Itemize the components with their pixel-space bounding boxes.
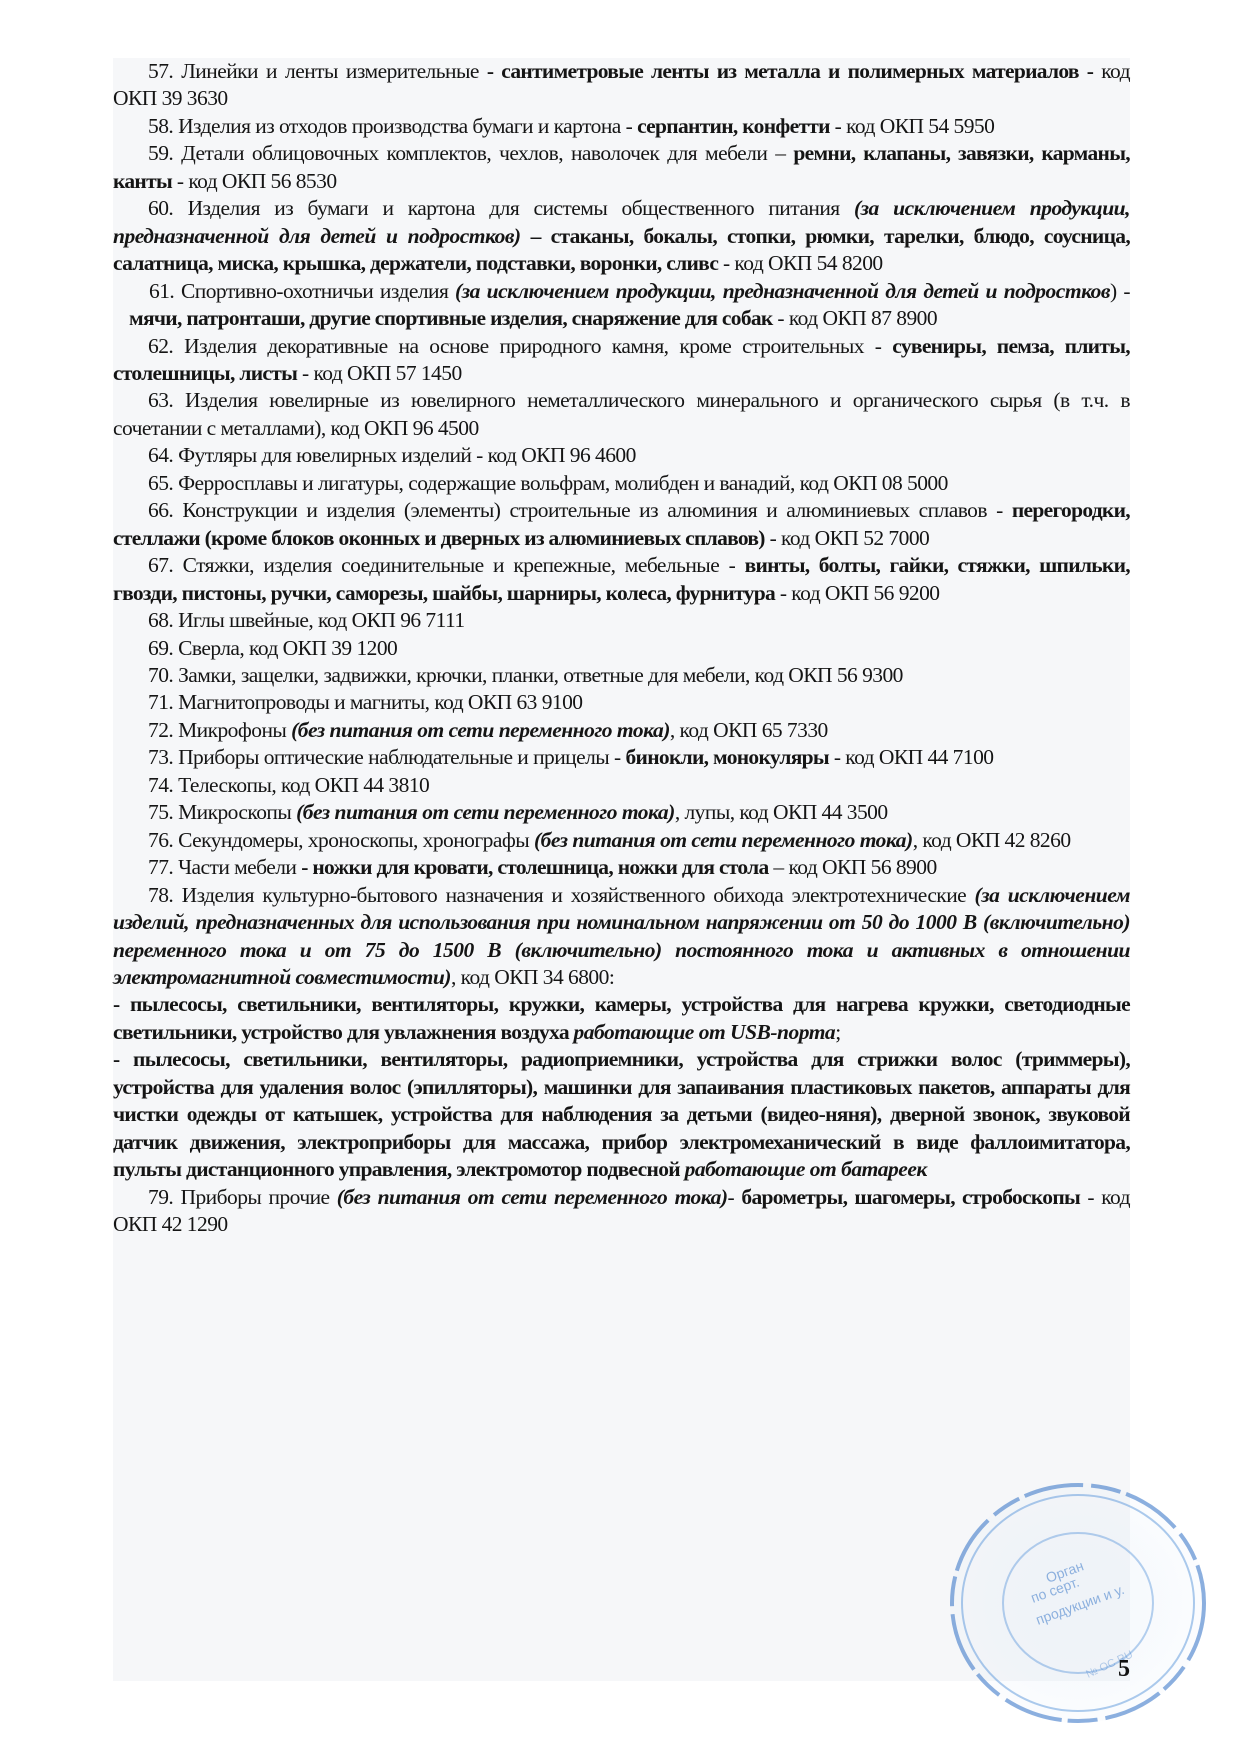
item-number: 62.: [148, 334, 184, 358]
text-run: Изделия из бумаги и картона для системы …: [188, 196, 854, 220]
item-number: 75.: [148, 800, 178, 824]
bold-text: - пылесосы, светильники, вентиляторы, ра…: [113, 1047, 1130, 1181]
text-run: Магнитопроводы и магниты, код ОКП 63 910…: [178, 690, 582, 714]
bold-text: барометры, шагомеры, стробоскопы: [741, 1185, 1080, 1209]
item-number: 79.: [148, 1185, 180, 1209]
text-run: Микрофоны: [178, 718, 291, 742]
item-number: 57.: [148, 59, 181, 83]
text-run: - код ОКП 52 7000: [765, 526, 929, 550]
text-run: Сверла, код ОКП 39 1200: [178, 636, 397, 660]
list-subitem: - пылесосы, светильники, вентиляторы, кр…: [113, 991, 1130, 1046]
text-run: Приборы оптические наблюдательные и приц…: [178, 745, 625, 769]
text-run: , код ОКП 42 8260: [913, 828, 1071, 852]
text-run: Спортивно-охотничьи изделия: [181, 279, 455, 303]
list-item: 59. Детали облицовочных комплектов, чехл…: [113, 140, 1130, 195]
list-item: 72. Микрофоны (без питания от сети перем…: [113, 717, 1130, 744]
item-number: 72.: [148, 718, 178, 742]
text-run: Изделия культурно-бытового назначения и …: [182, 883, 975, 907]
text-run: - код ОКП 54 8200: [718, 251, 882, 275]
text-run: , код ОКП 65 7330: [670, 718, 828, 742]
list-item: 68. Иглы швейные, код ОКП 96 7111: [113, 607, 1130, 634]
item-number: 59.: [148, 141, 181, 165]
italic-note: (без питания от сети переменного тока): [534, 828, 913, 852]
list-item: 74. Телескопы, код ОКП 44 3810: [113, 772, 1130, 799]
text-run: Части мебели: [178, 855, 301, 879]
text-run: ) -: [1110, 279, 1130, 303]
item-number: 73.: [148, 745, 178, 769]
text-run: - код ОКП 44 7100: [829, 745, 993, 769]
list-item: 78. Изделия культурно-бытового назначени…: [113, 882, 1130, 992]
text-run: - код ОКП 56 9200: [775, 581, 939, 605]
list-item: 76. Секундомеры, хроноскопы, хронографы …: [113, 827, 1130, 854]
text-run: - код ОКП 56 8530: [172, 169, 336, 193]
list-item: 57. Линейки и ленты измерительные - сант…: [113, 58, 1130, 113]
item-number: 71.: [148, 690, 178, 714]
text-run: Футляры для ювелирных изделий - код ОКП …: [178, 443, 636, 467]
item-number: 66.: [148, 498, 182, 522]
bold-text: - ножки для кровати, столешница, ножки д…: [301, 855, 768, 879]
list-item: 62. Изделия декоративные на основе приро…: [113, 333, 1130, 388]
bold-text: - сантиметровые ленты из металла и полим…: [487, 59, 1093, 83]
text-run: Линейки и ленты измерительные: [181, 59, 487, 83]
italic-note: (без питания от сети переменного тока): [337, 1185, 728, 1209]
list-item: 75. Микроскопы (без питания от сети пере…: [113, 799, 1130, 826]
item-number: 74.: [148, 773, 178, 797]
item-number: 65.: [148, 471, 178, 495]
list-subitem: - пылесосы, светильники, вентиляторы, ра…: [113, 1046, 1130, 1183]
text-run: Детали облицовочных комплектов, чехлов, …: [181, 141, 793, 165]
list-item: 79. Приборы прочие (без питания от сети …: [113, 1184, 1130, 1239]
item-number: 64.: [148, 443, 178, 467]
text-run: – код ОКП 56 8900: [769, 855, 937, 879]
round-seal-icon: Орган по серт. продукции и у. № ОС RU: [938, 1483, 1213, 1738]
item-number: 60.: [148, 196, 188, 220]
svg-text:Орган: Орган: [1044, 1557, 1086, 1585]
list-item: 77. Части мебели - ножки для кровати, ст…: [113, 854, 1130, 881]
document-body: 57. Линейки и ленты измерительные - сант…: [113, 58, 1130, 1238]
text-run: - код ОКП 54 5950: [830, 114, 994, 138]
page-number: 5: [1118, 1656, 1130, 1683]
text-run: - код ОКП 87 8900: [773, 306, 937, 330]
item-number: 58.: [148, 114, 178, 138]
italic-note: (за исключением продукции, предназначенн…: [455, 279, 1110, 303]
italic-note: работающие от батареек: [685, 1157, 927, 1181]
text-run: Телескопы, код ОКП 44 3810: [178, 773, 429, 797]
svg-text:по серт.: по серт.: [1029, 1574, 1082, 1606]
list-item: 69. Сверла, код ОКП 39 1200: [113, 635, 1130, 662]
text-run: Стяжки, изделия соединительные и крепежн…: [183, 553, 745, 577]
text-run: Микроскопы: [178, 800, 296, 824]
svg-text:продукции и у.: продукции и у.: [1034, 1581, 1127, 1628]
text-run: Изделия ювелирные из ювелирного неметалл…: [113, 388, 1130, 439]
item-number: 69.: [148, 636, 178, 660]
list-item: 67. Стяжки, изделия соединительные и кре…: [113, 552, 1130, 607]
text-run: Конструкции и изделия (элементы) строите…: [182, 498, 1012, 522]
bold-text: серпантин, конфетти: [637, 114, 830, 138]
text-run: Замки, защелки, задвижки, крючки, планки…: [178, 663, 903, 687]
text-run: , код ОКП 34 6800:: [451, 965, 614, 989]
list-item: 66. Конструкции и изделия (элементы) стр…: [113, 497, 1130, 552]
italic-note: работающие от USB-порта: [574, 1020, 836, 1044]
list-item: 70. Замки, защелки, задвижки, крючки, пл…: [113, 662, 1130, 689]
list-item: 63. Изделия ювелирные из ювелирного неме…: [113, 387, 1130, 442]
text-run: Секундомеры, хроноскопы, хронографы: [178, 828, 534, 852]
text-run: ;: [835, 1020, 840, 1044]
item-number: 70.: [148, 663, 178, 687]
bold-text: мячи, патронташи, другие спортивные изде…: [129, 306, 773, 330]
list-item: 65. Ферросплавы и лигатуры, содержащие в…: [113, 470, 1130, 497]
text-run: Изделия из отходов производства бумаги и…: [178, 114, 637, 138]
item-number: 76.: [148, 828, 178, 852]
text-run: -: [728, 1185, 742, 1209]
italic-note: (без питания от сети переменного тока): [291, 718, 670, 742]
text-run: Приборы прочие: [180, 1185, 336, 1209]
text-run: , лупы, код ОКП 44 3500: [675, 800, 888, 824]
bold-text: бинокли, монокуляры: [625, 745, 829, 769]
text-run: Ферросплавы и лигатуры, содержащие вольф…: [178, 471, 948, 495]
item-number: 63.: [148, 388, 185, 412]
item-number: 78.: [148, 883, 182, 907]
list-item: 61. Спортивно-охотничьи изделия (за искл…: [113, 278, 1130, 333]
scanned-page: 57. Линейки и ленты измерительные - сант…: [113, 58, 1130, 1681]
text-run: - код ОКП 57 1450: [297, 361, 461, 385]
list-item: 64. Футляры для ювелирных изделий - код …: [113, 442, 1130, 469]
text-run: Изделия декоративные на основе природног…: [184, 334, 892, 358]
list-item: 58. Изделия из отходов производства бума…: [113, 113, 1130, 140]
list-item: 60. Изделия из бумаги и картона для сист…: [113, 195, 1130, 277]
item-number: 61.: [149, 279, 181, 303]
text-run: Иглы швейные, код ОКП 96 7111: [178, 608, 465, 632]
list-item: 71. Магнитопроводы и магниты, код ОКП 63…: [113, 689, 1130, 716]
item-number: 77.: [148, 855, 178, 879]
list-item: 73. Приборы оптические наблюдательные и …: [113, 744, 1130, 771]
italic-note: (без питания от сети переменного тока): [296, 800, 675, 824]
item-number: 67.: [148, 553, 183, 577]
item-number: 68.: [148, 608, 178, 632]
